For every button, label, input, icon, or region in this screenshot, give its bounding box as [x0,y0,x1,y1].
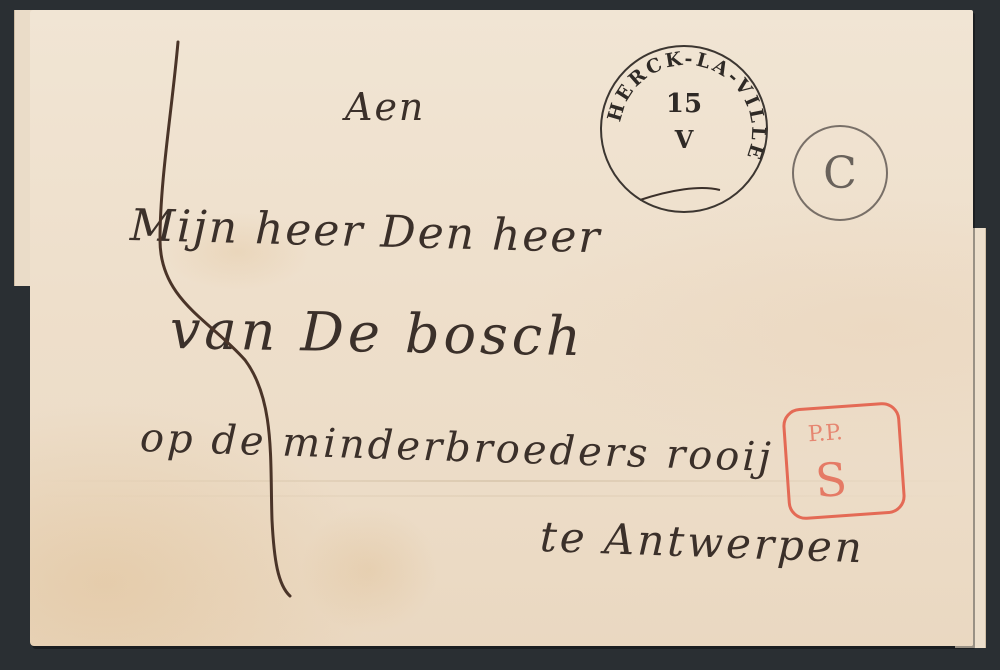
letter-scan: Aen Mijn heer Den heer van De bosch op d… [0,0,1000,670]
red-boxed-mark: P.P. S [781,401,907,521]
red-mark-top-text: P.P. [807,420,843,447]
address-line-recipient: van De bosch [169,298,585,368]
address-line-aen: Aen [345,85,425,129]
date-postmark: HERCK-LA-VILLE 15 V [600,45,768,213]
postmark-month: V [602,125,766,154]
c-mark-letter: C [823,148,857,199]
postmark-day: 15 [602,89,766,119]
red-mark-bottom-text: S [813,452,848,508]
circled-c-mark: C [792,125,888,221]
